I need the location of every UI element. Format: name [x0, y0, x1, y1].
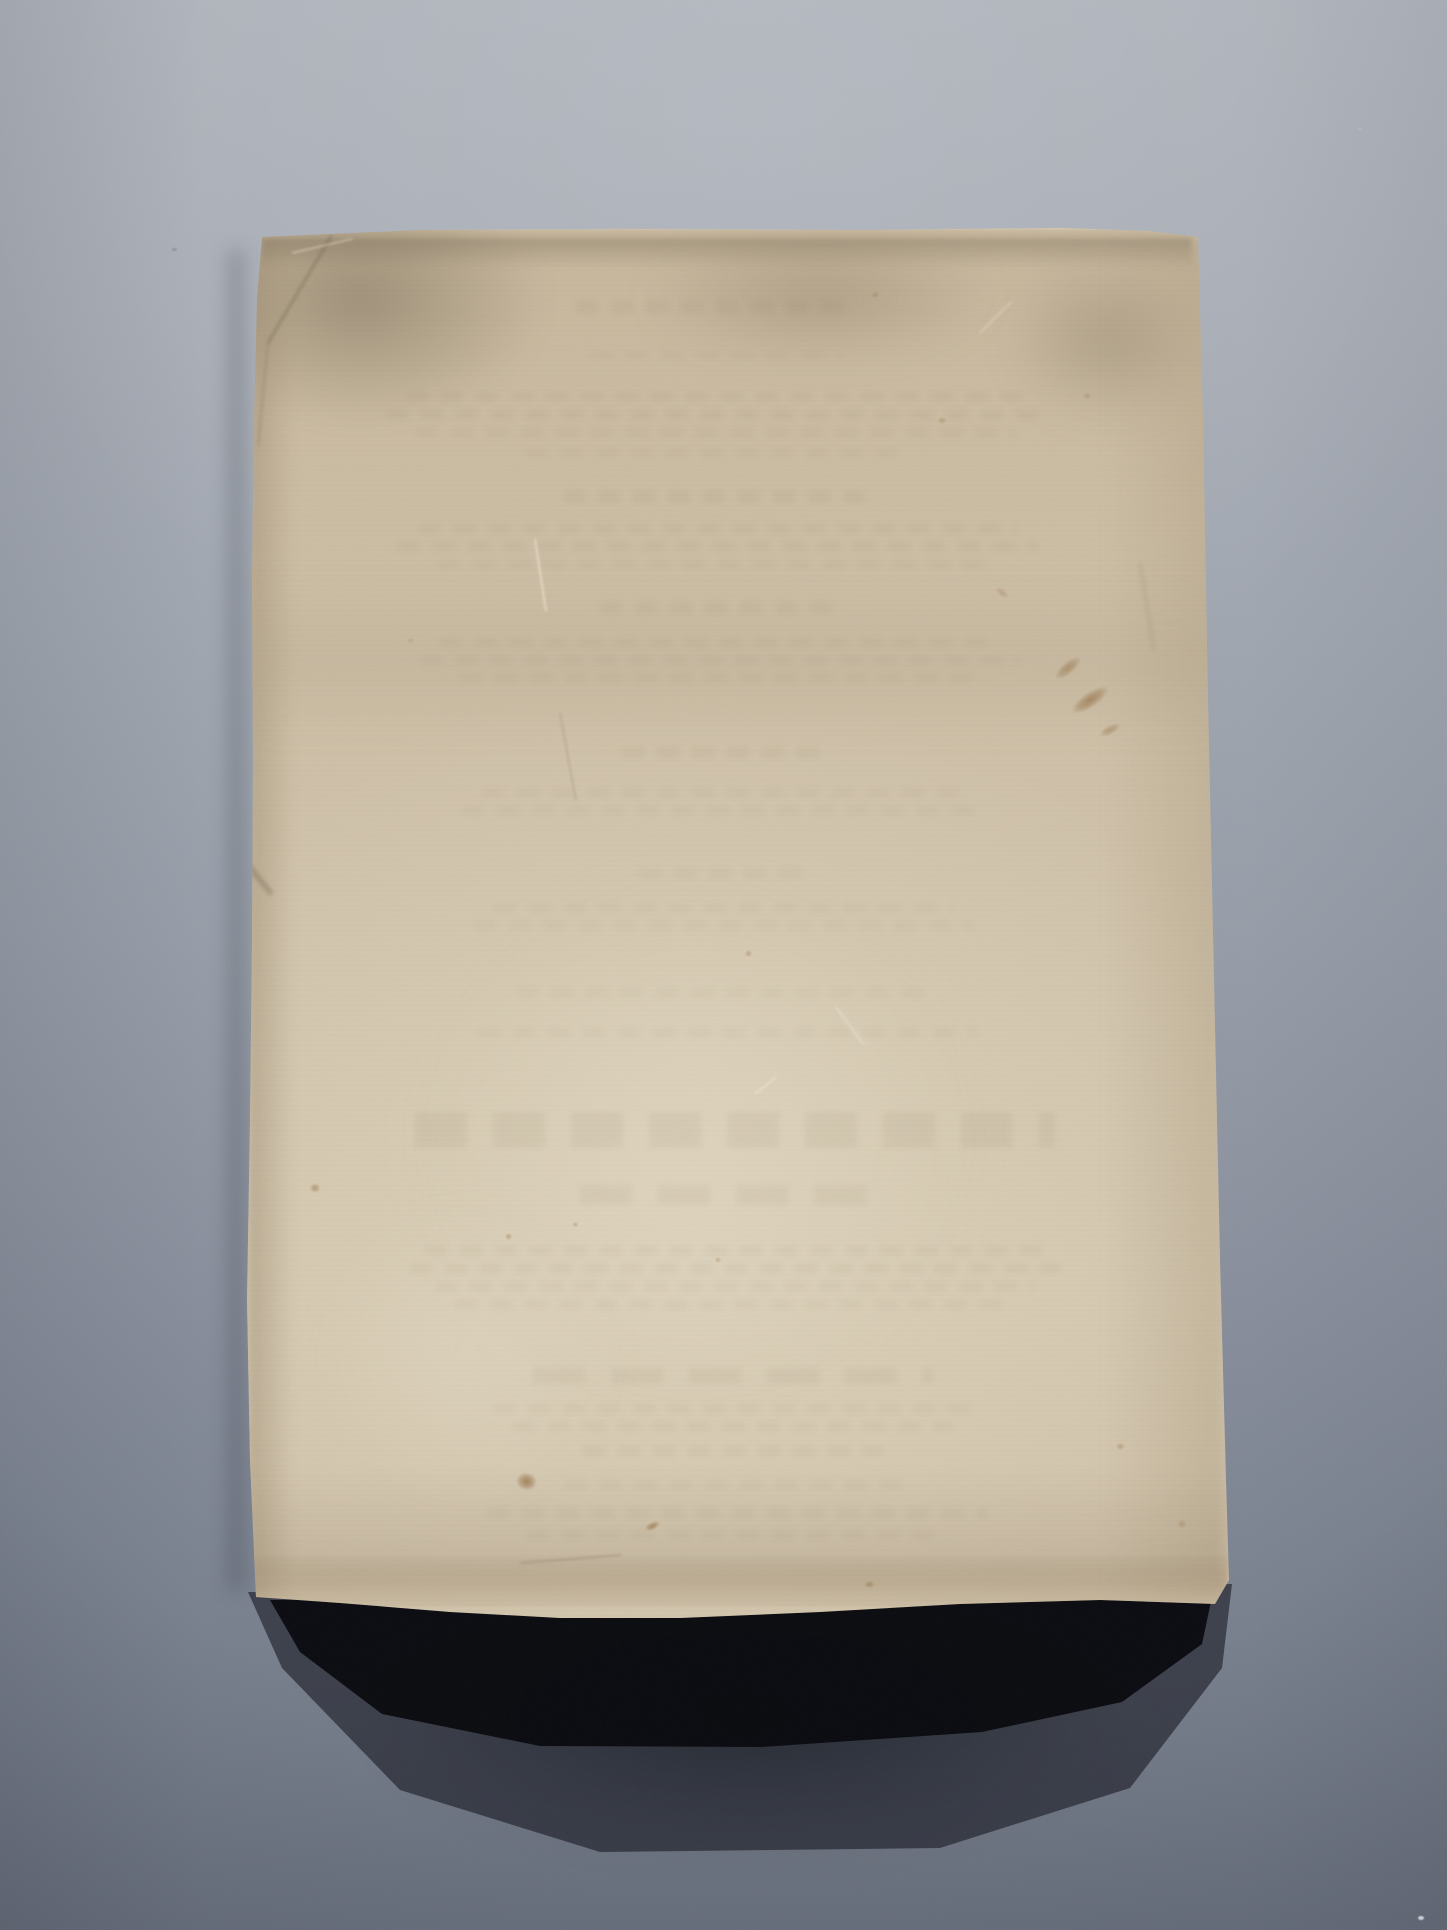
photo-canvas	[0, 0, 1447, 1930]
film-grain-texture	[0, 0, 1447, 1930]
